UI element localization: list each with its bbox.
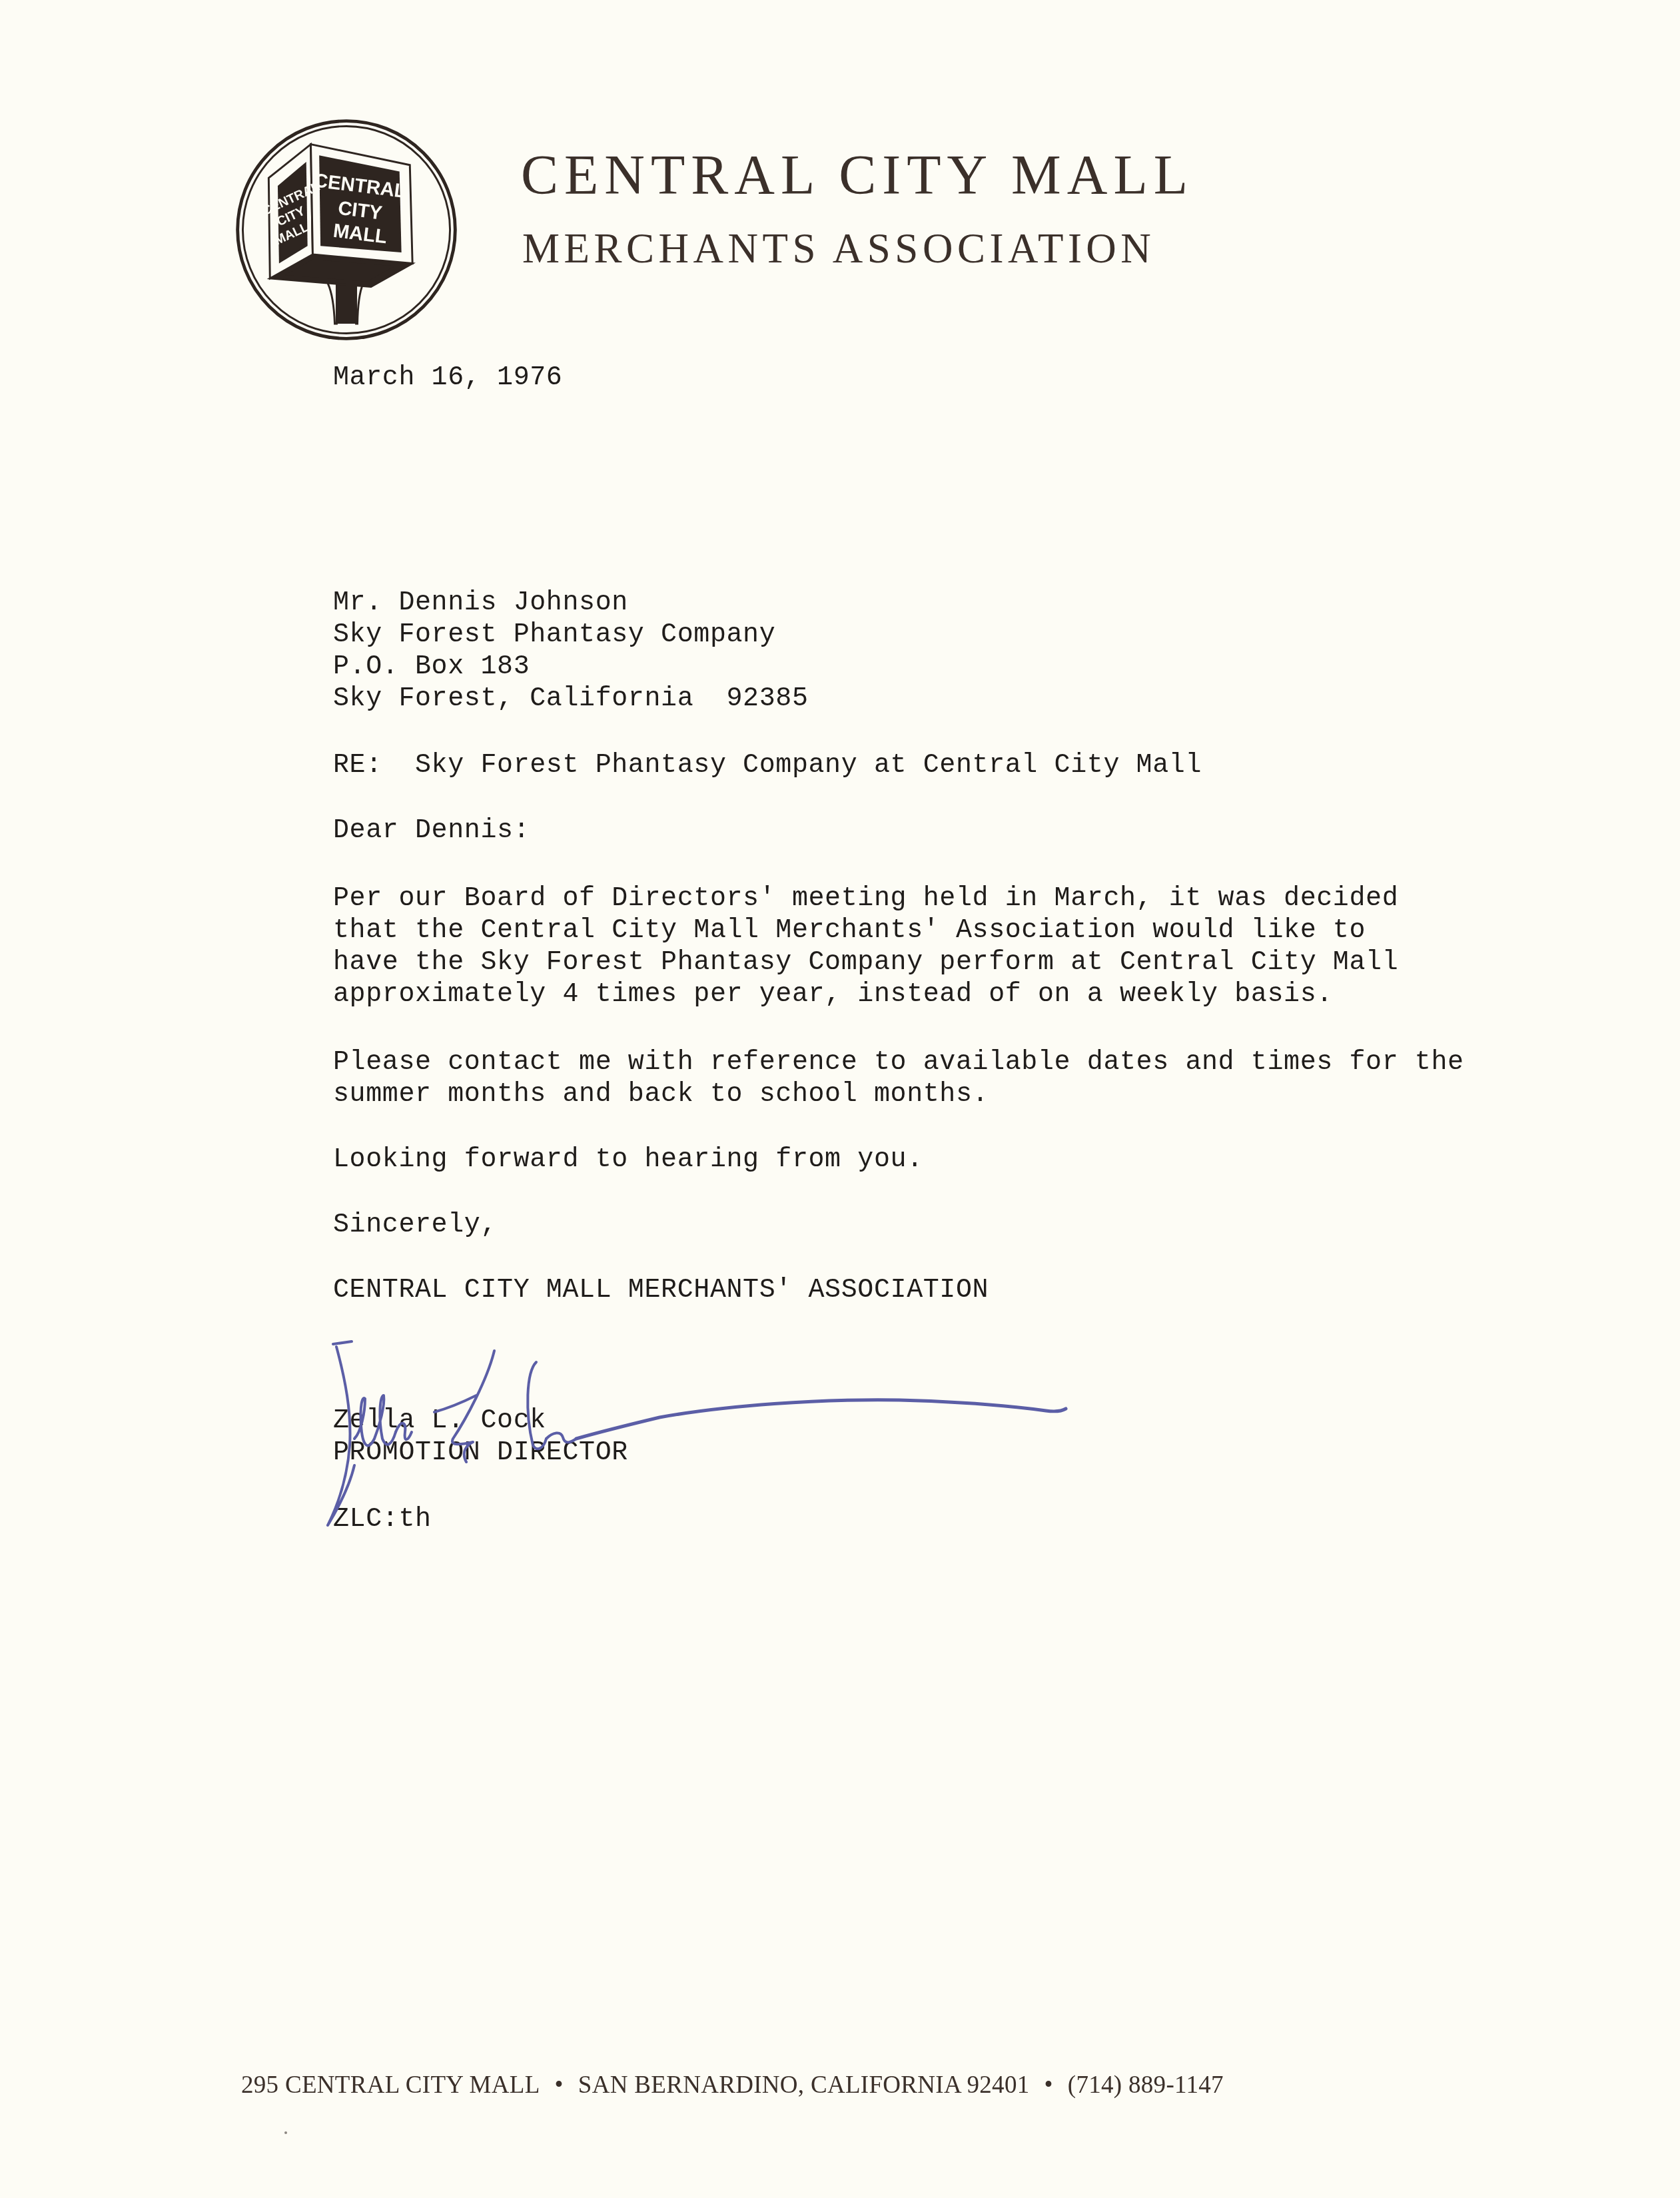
recipient-company: Sky Forest Phantasy Company <box>333 622 775 649</box>
paragraph-2-line-2: summer months and back to school months. <box>333 1082 989 1108</box>
recipient-po-box: P.O. Box 183 <box>333 654 530 681</box>
scan-speck <box>284 2131 287 2134</box>
paragraph-3-line-1: Looking forward to hearing from you. <box>333 1147 923 1174</box>
paragraph-1-line-2: that the Central City Mall Merchants' As… <box>333 918 1366 944</box>
closing: Sincerely, <box>333 1212 497 1239</box>
paragraph-1-line-4: approximately 4 times per year, instead … <box>333 982 1333 1008</box>
salutation: Dear Dennis: <box>333 818 530 845</box>
signature-organization: CENTRAL CITY MALL MERCHANTS' ASSOCIATION <box>333 1278 989 1304</box>
letter-date: March 16, 1976 <box>333 365 562 392</box>
footer-separator: • <box>555 2073 564 2097</box>
letterhead-footer: 295 CENTRAL CITY MALL•SAN BERNARDINO, CA… <box>241 2073 1224 2097</box>
footer-address: 295 CENTRAL CITY MALL <box>241 2071 540 2099</box>
signer-title: PROMOTION DIRECTOR <box>333 1440 628 1467</box>
signer-name: Zella L. Cock <box>333 1408 546 1435</box>
paragraph-1-line-1: Per our Board of Directors' meeting held… <box>333 886 1398 913</box>
recipient-city-state-zip: Sky Forest, California 92385 <box>333 686 809 713</box>
mall-sign-logo-icon: CENTRAL CITY MALL CENTRAL CITY MALL <box>230 113 463 346</box>
reference-initials: ZLC:th <box>333 1507 432 1533</box>
footer-city: SAN BERNARDINO, CALIFORNIA 92401 <box>578 2071 1030 2099</box>
footer-phone: (714) 889-1147 <box>1068 2071 1224 2099</box>
subject-line: RE: Sky Forest Phantasy Company at Centr… <box>333 753 1202 779</box>
footer-separator: • <box>1045 2073 1053 2097</box>
paragraph-1-line-3: have the Sky Forest Phantasy Company per… <box>333 950 1398 976</box>
recipient-name: Mr. Dennis Johnson <box>333 590 628 617</box>
letterhead-subtitle: MERCHANTS ASSOCIATION <box>522 228 1155 270</box>
letterhead-title: CENTRAL CITY MALL <box>521 148 1194 204</box>
paragraph-2-line-1: Please contact me with reference to avai… <box>333 1050 1464 1076</box>
letter-page: CENTRAL CITY MALL CENTRAL CITY MALL CENT… <box>0 0 1680 2198</box>
